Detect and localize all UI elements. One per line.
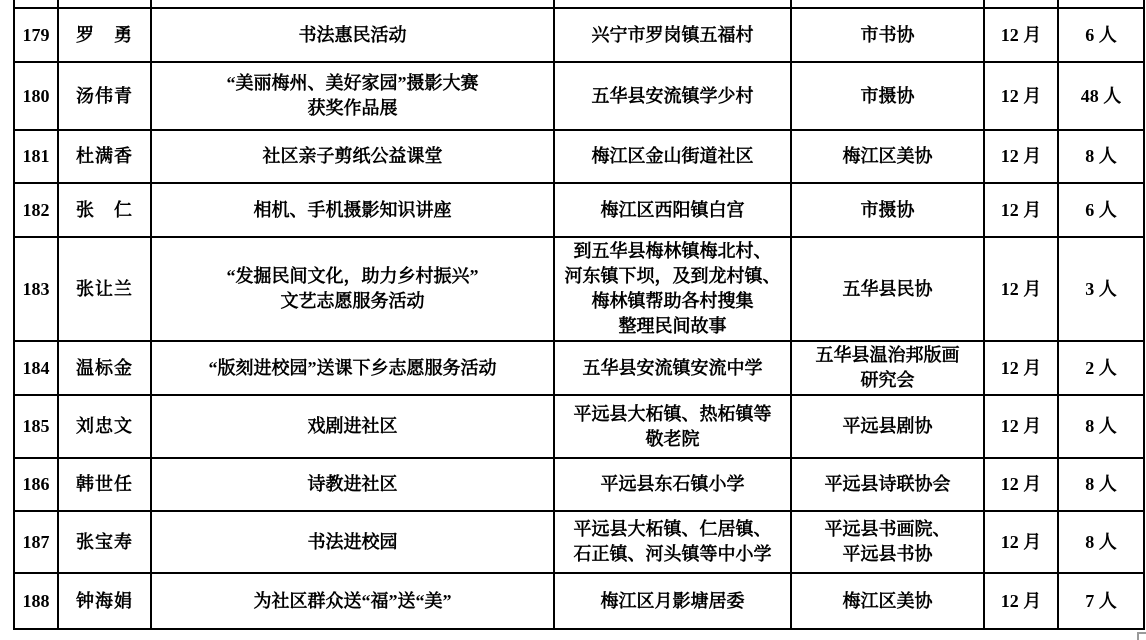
organization-cell: 五华县温治邦版画 研究会 [791,341,984,395]
name-cell: 韩世任 [58,458,151,511]
row-index-cell: 186 [14,458,58,511]
organization-cell: 市摄协 [791,183,984,237]
organization-cell: 平远县书画院、 平远县书协 [791,511,984,573]
location-cell: 平远县大柘镇、仁居镇、 石正镇、河头镇等中小学 [554,511,791,573]
name-cell: 刘忠文 [58,395,151,458]
activity-cell: “版刻进校园”送课下乡志愿服务活动 [151,341,554,395]
participants-cell: 48 人 [1058,62,1144,130]
partial-cell [14,0,58,8]
activity-cell: 书法进校园 [151,511,554,573]
table-row: 188 钟海娟 为社区群众送“福”送“美” 梅江区月影塘居委 梅江区美协 12 … [14,573,1144,629]
participants-cell: 7 人 [1058,573,1144,629]
location-cell: 兴宁市罗岗镇五福村 [554,8,791,62]
organization-cell: 市摄协 [791,62,984,130]
organization-cell: 五华县民协 [791,237,984,341]
partial-cell [58,0,151,8]
month-cell: 12 月 [984,130,1058,183]
document-page: { "table": { "columns": ["序号", "姓名", "活动… [0,0,1146,640]
table-row: 187 张宝寿 书法进校园 平远县大柘镇、仁居镇、 石正镇、河头镇等中小学 平远… [14,511,1144,573]
name-cell: 汤伟青 [58,62,151,130]
participants-cell: 3 人 [1058,237,1144,341]
row-index-cell: 180 [14,62,58,130]
location-cell: 平远县大柘镇、热柘镇等 敬老院 [554,395,791,458]
partial-cell [984,0,1058,8]
table-row: 180 汤伟青 “美丽梅州、美好家园”摄影大赛 获奖作品展 五华县安流镇学少村 … [14,62,1144,130]
row-index-cell: 182 [14,183,58,237]
table-row: 181 杜满香 社区亲子剪纸公益课堂 梅江区金山街道社区 梅江区美协 12 月 … [14,130,1144,183]
activity-cell: 书法惠民活动 [151,8,554,62]
name-cell: 罗 勇 [58,8,151,62]
table-row: 185 刘忠文 戏剧进社区 平远县大柘镇、热柘镇等 敬老院 平远县剧协 12 月… [14,395,1144,458]
location-cell: 梅江区西阳镇白宫 [554,183,791,237]
activity-cell: 相机、手机摄影知识讲座 [151,183,554,237]
partial-row-top [14,0,1144,8]
participants-cell: 8 人 [1058,511,1144,573]
row-index-cell: 185 [14,395,58,458]
month-cell: 12 月 [984,573,1058,629]
organization-cell: 梅江区美协 [791,130,984,183]
month-cell: 12 月 [984,183,1058,237]
month-cell: 12 月 [984,341,1058,395]
row-index-cell: 188 [14,573,58,629]
participants-cell: 8 人 [1058,395,1144,458]
activity-cell: “发掘民间文化，助力乡村振兴” 文艺志愿服务活动 [151,237,554,341]
month-cell: 12 月 [984,62,1058,130]
participants-cell: 6 人 [1058,183,1144,237]
partial-cell [1058,0,1144,8]
table-row: 182 张 仁 相机、手机摄影知识讲座 梅江区西阳镇白宫 市摄协 12 月 6 … [14,183,1144,237]
participants-cell: 8 人 [1058,458,1144,511]
participants-cell: 6 人 [1058,8,1144,62]
month-cell: 12 月 [984,237,1058,341]
table-row: 184 温标金 “版刻进校园”送课下乡志愿服务活动 五华县安流镇安流中学 五华县… [14,341,1144,395]
activity-cell: “美丽梅州、美好家园”摄影大赛 获奖作品展 [151,62,554,130]
organization-cell: 市书协 [791,8,984,62]
location-cell: 五华县安流镇安流中学 [554,341,791,395]
month-cell: 12 月 [984,395,1058,458]
page-corner-fragment [1137,632,1146,640]
activity-cell: 诗教进社区 [151,458,554,511]
activity-table: 179 罗 勇 书法惠民活动 兴宁市罗岗镇五福村 市书协 12 月 6 人 18… [13,0,1145,630]
activity-cell: 戏剧进社区 [151,395,554,458]
activity-cell: 社区亲子剪纸公益课堂 [151,130,554,183]
row-index-cell: 183 [14,237,58,341]
location-cell: 平远县东石镇小学 [554,458,791,511]
name-cell: 张让兰 [58,237,151,341]
partial-cell [791,0,984,8]
table-row: 183 张让兰 “发掘民间文化，助力乡村振兴” 文艺志愿服务活动 到五华县梅林镇… [14,237,1144,341]
partial-cell [554,0,791,8]
organization-cell: 平远县诗联协会 [791,458,984,511]
organization-cell: 梅江区美协 [791,573,984,629]
participants-cell: 8 人 [1058,130,1144,183]
location-cell: 梅江区金山街道社区 [554,130,791,183]
table-row: 186 韩世任 诗教进社区 平远县东石镇小学 平远县诗联协会 12 月 8 人 [14,458,1144,511]
row-index-cell: 181 [14,130,58,183]
name-cell: 杜满香 [58,130,151,183]
row-index-cell: 179 [14,8,58,62]
month-cell: 12 月 [984,8,1058,62]
name-cell: 钟海娟 [58,573,151,629]
partial-cell [151,0,554,8]
organization-cell: 平远县剧协 [791,395,984,458]
location-cell: 五华县安流镇学少村 [554,62,791,130]
location-cell: 到五华县梅林镇梅北村、 河东镇下坝，及到龙村镇、 梅林镇帮助各村搜集 整理民间故… [554,237,791,341]
name-cell: 张宝寿 [58,511,151,573]
month-cell: 12 月 [984,511,1058,573]
month-cell: 12 月 [984,458,1058,511]
row-index-cell: 184 [14,341,58,395]
participants-cell: 2 人 [1058,341,1144,395]
location-cell: 梅江区月影塘居委 [554,573,791,629]
table-row: 179 罗 勇 书法惠民活动 兴宁市罗岗镇五福村 市书协 12 月 6 人 [14,8,1144,62]
name-cell: 温标金 [58,341,151,395]
activity-cell: 为社区群众送“福”送“美” [151,573,554,629]
row-index-cell: 187 [14,511,58,573]
name-cell: 张 仁 [58,183,151,237]
